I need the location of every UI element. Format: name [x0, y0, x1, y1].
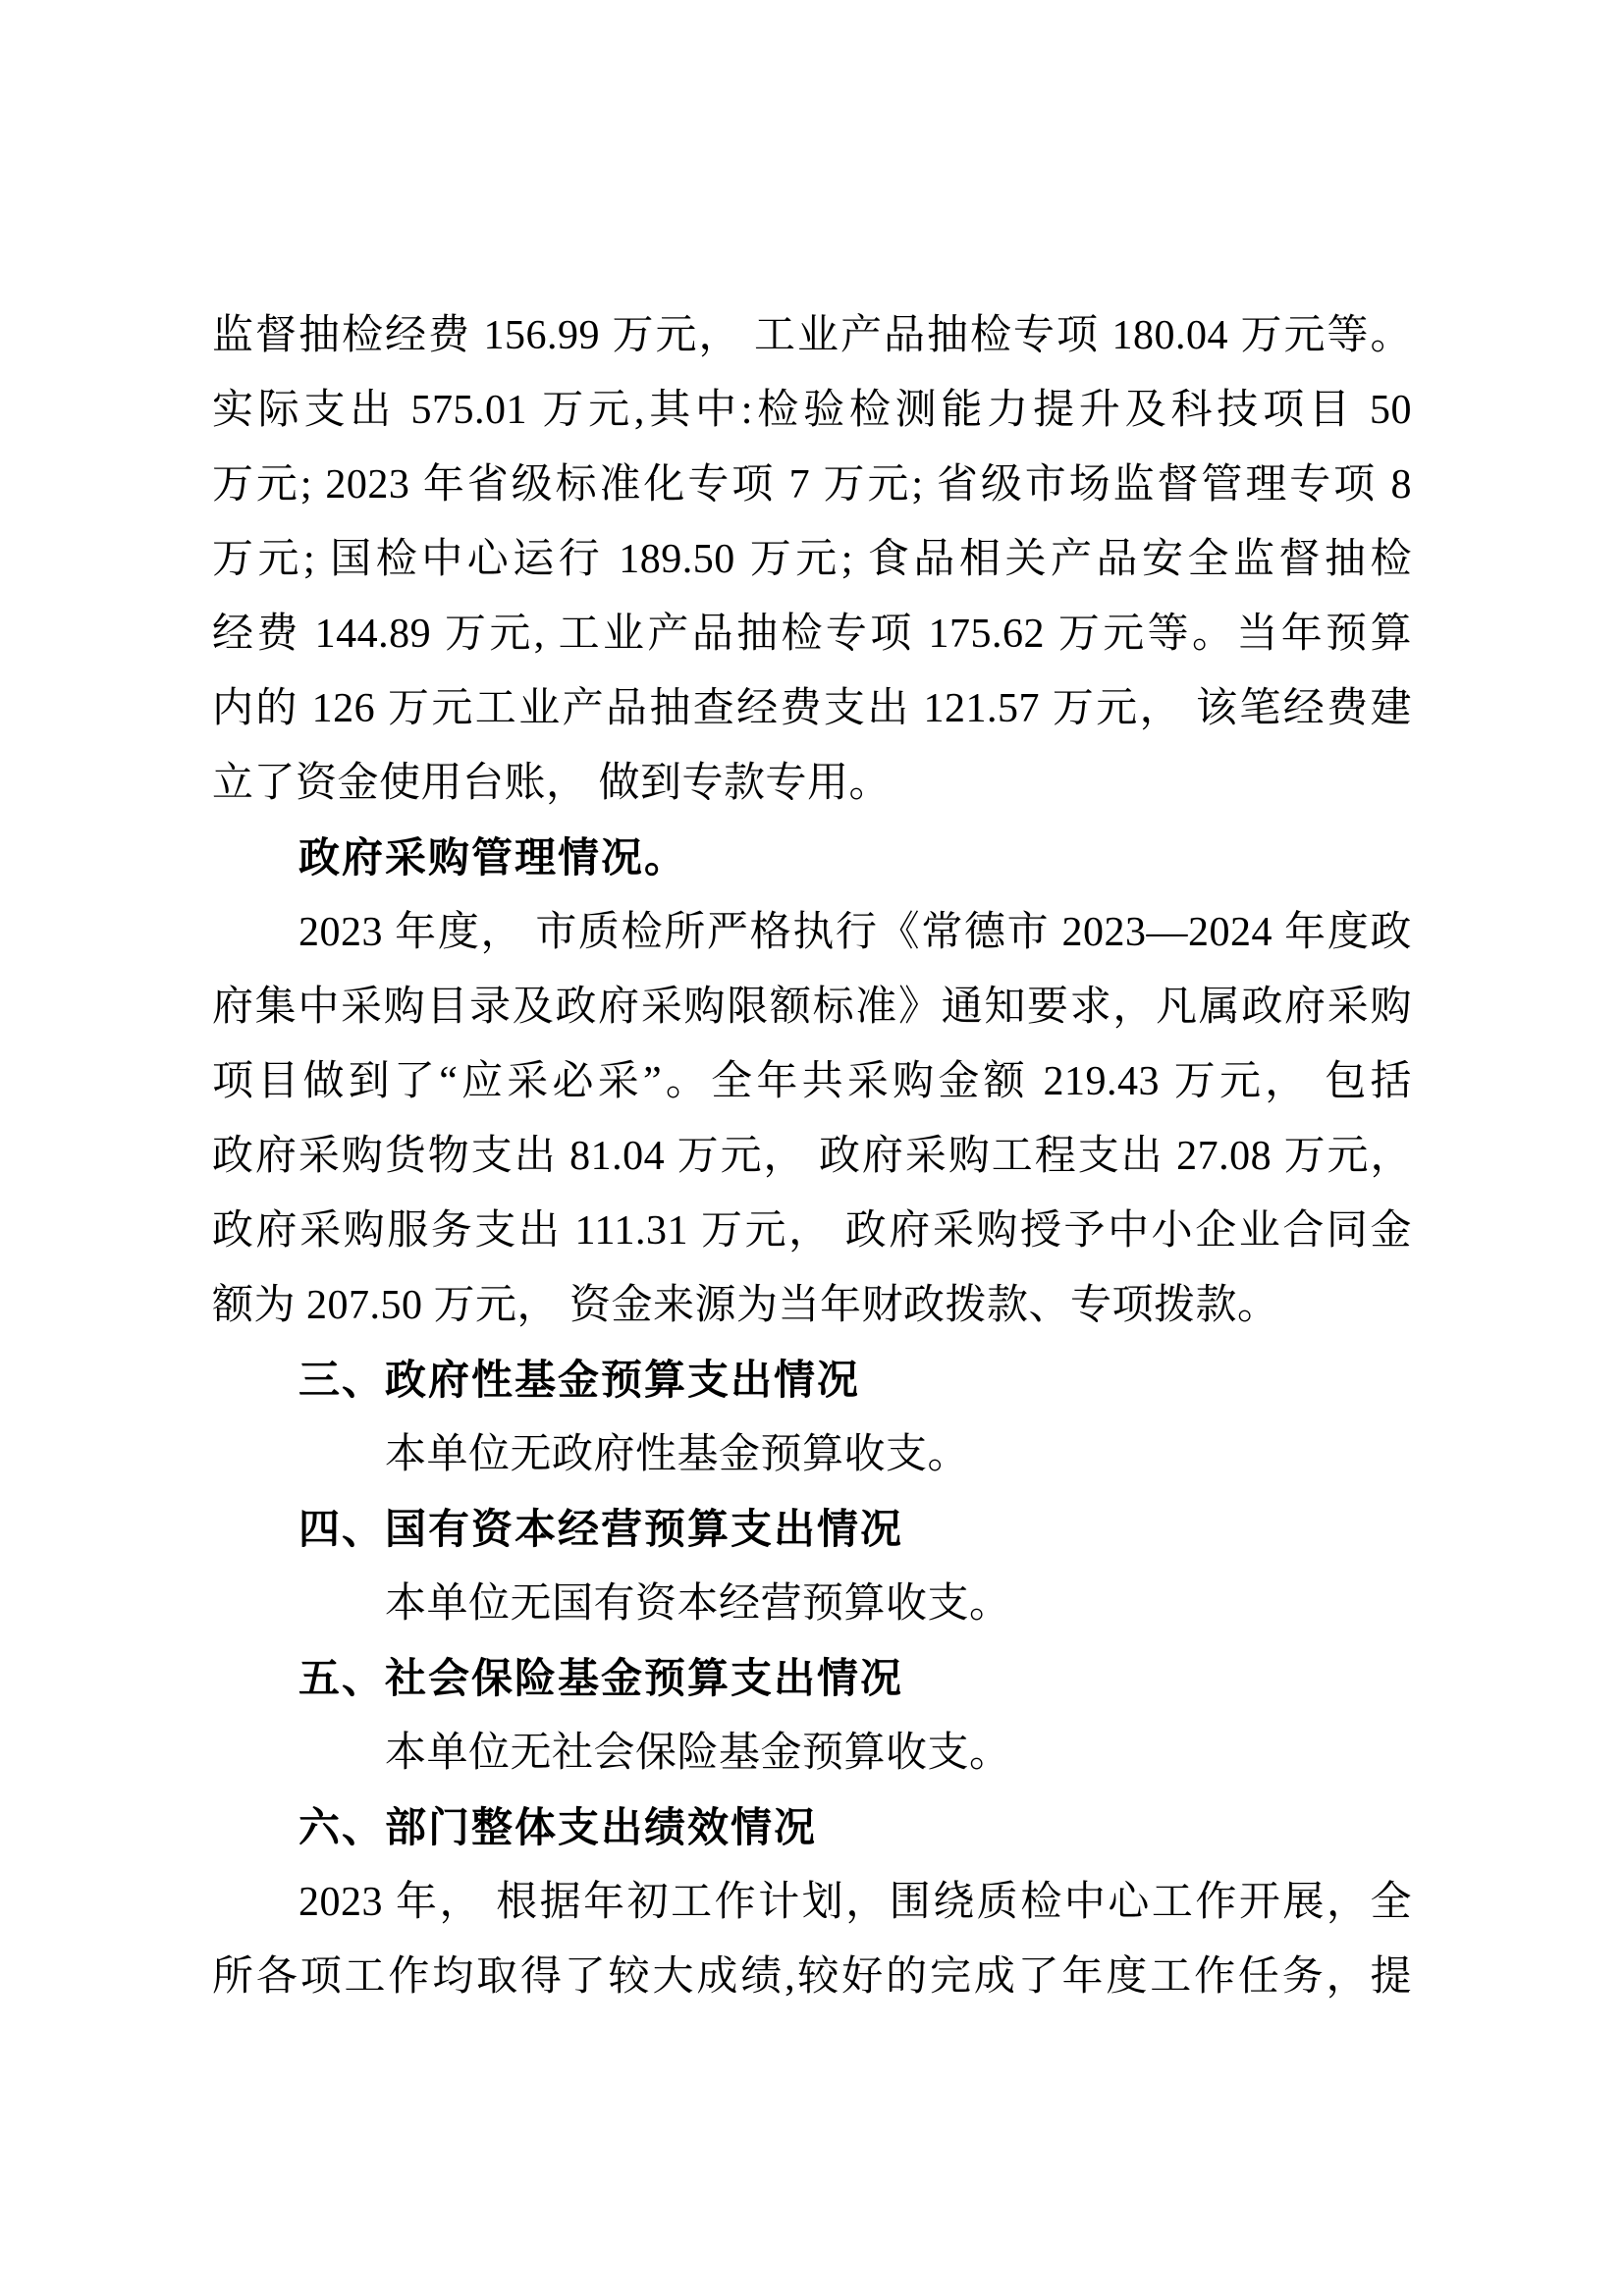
body-line: 政府采购服务支出 111.31 万元， 政府采购授予中小企业合同金: [212, 1194, 1412, 1268]
body-line: 本单位无政府性基金预算收支。: [212, 1417, 1412, 1492]
body-line: 府集中采购目录及政府采购限额标准》通知要求，凡属政府采购: [212, 970, 1412, 1044]
heading-section-four: 四、国有资本经营预算支出情况: [212, 1492, 1412, 1567]
body-line: 内的 126 万元工业产品抽查经费支出 121.57 万元， 该笔经费建: [212, 671, 1412, 746]
body-line: 2023 年， 根据年初工作计划，围绕质检中心工作开展，全: [212, 1865, 1412, 1940]
body-line: 经费 144.89 万元, 工业产品抽检专项 175.62 万元等。当年预算: [212, 597, 1412, 671]
body-line: 本单位无国有资本经营预算收支。: [212, 1567, 1412, 1641]
heading-section-six: 六、部门整体支出绩效情况: [212, 1790, 1412, 1865]
body-line: 实际支出 575.01 万元,其中:检验检测能力提升及科技项目 50: [212, 373, 1412, 448]
body-line: 2023 年度， 市质检所严格执行《常德市 2023—2024 年度政: [212, 895, 1412, 970]
document-page: 监督抽检经费 156.99 万元， 工业产品抽检专项 180.04 万元等。 实…: [0, 0, 1624, 2296]
body-line: 政府采购货物支出 81.04 万元， 政府采购工程支出 27.08 万元，: [212, 1119, 1412, 1194]
body-line: 立了资金使用台账， 做到专款专用。: [212, 746, 1412, 821]
heading-procurement-management: 政府采购管理情况。: [212, 821, 1412, 895]
body-line: 万元; 2023 年省级标准化专项 7 万元; 省级市场监督管理专项 8: [212, 448, 1412, 522]
body-line: 万元; 国检中心运行 189.50 万元; 食品相关产品安全监督抽检: [212, 522, 1412, 597]
heading-section-three: 三、政府性基金预算支出情况: [212, 1343, 1412, 1417]
heading-section-five: 五、社会保险基金预算支出情况: [212, 1641, 1412, 1716]
body-line: 本单位无社会保险基金预算收支。: [212, 1716, 1412, 1790]
body-line: 项目做到了“应采必采”。全年共采购金额 219.43 万元， 包括: [212, 1044, 1412, 1119]
body-line: 额为 207.50 万元， 资金来源为当年财政拨款、专项拨款。: [212, 1268, 1412, 1343]
body-line: 监督抽检经费 156.99 万元， 工业产品抽检专项 180.04 万元等。: [212, 298, 1412, 373]
body-line: 所各项工作均取得了较大成绩,较好的完成了年度工作任务，提: [212, 1940, 1412, 2014]
